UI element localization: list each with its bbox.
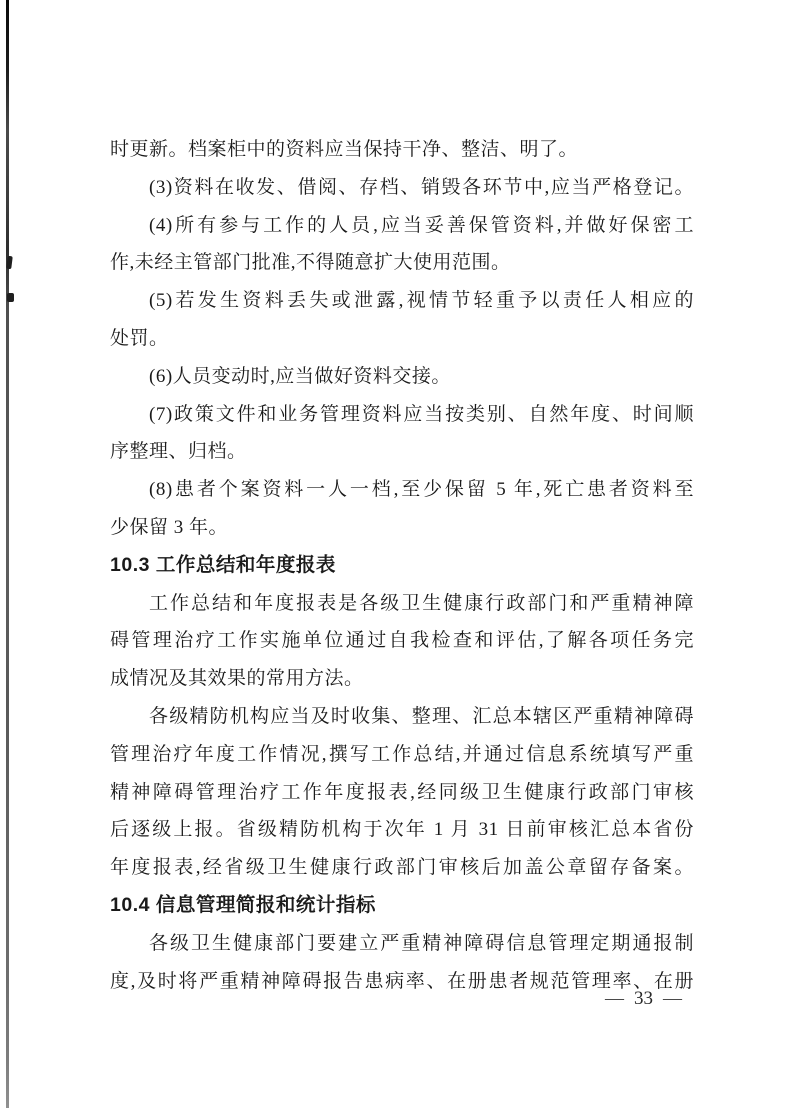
scan-smudge — [7, 293, 14, 302]
text-line: 精神障碍管理治疗工作年度报表,经同级卫生健康行政部门审核 — [110, 774, 694, 812]
page-footer: —33— — [110, 988, 694, 1010]
text-line: 碍管理治疗工作实施单位通过自我检查和评估,了解各项任务完 — [110, 622, 694, 660]
text-line: 序整理、归档。 — [110, 433, 694, 471]
document-page: 时更新。档案柜中的资料应当保持干净、整洁、明了。(3)资料在收发、借阅、存档、销… — [0, 0, 795, 1117]
text-line: 年度报表,经省级卫生健康行政部门审核后加盖公章留存备案。 — [110, 849, 694, 887]
footer-dash-left: — — [605, 988, 624, 1009]
scan-smudge — [6, 256, 13, 270]
text-line: (6)人员变动时,应当做好资料交接。 — [110, 358, 694, 396]
footer-dash-right: — — [663, 988, 682, 1009]
page-number: 33 — [634, 988, 653, 1009]
text-line: 时更新。档案柜中的资料应当保持干净、整洁、明了。 — [110, 131, 694, 169]
text-line: 各级精防机构应当及时收集、整理、汇总本辖区严重精神障碍 — [110, 698, 694, 736]
scan-edge-artifact — [6, 0, 9, 1108]
text-line: 后逐级上报。省级精防机构于次年 1 月 31 日前审核汇总本省份 — [110, 811, 694, 849]
text-line: 各级卫生健康部门要建立严重精神障碍信息管理定期通报制 — [110, 925, 694, 963]
text-line: (7)政策文件和业务管理资料应当按类别、自然年度、时间顺 — [110, 396, 694, 434]
text-line: (4)所有参与工作的人员,应当妥善保管资料,并做好保密工 — [110, 207, 694, 245]
text-line: 少保留 3 年。 — [110, 509, 694, 547]
text-line: (8)患者个案资料一人一档,至少保留 5 年,死亡患者资料至 — [110, 471, 694, 509]
text-line: (3)资料在收发、借阅、存档、销毁各环节中,应当严格登记。 — [110, 169, 694, 207]
section-heading: 10.3 工作总结和年度报表 — [110, 547, 694, 585]
section-heading: 10.4 信息管理简报和统计指标 — [110, 887, 694, 925]
text-block: 时更新。档案柜中的资料应当保持干净、整洁、明了。(3)资料在收发、借阅、存档、销… — [110, 131, 694, 1000]
text-line: (5)若发生资料丢失或泄露,视情节轻重予以责任人相应的 — [110, 282, 694, 320]
text-line: 作,未经主管部门批准,不得随意扩大使用范围。 — [110, 244, 694, 282]
text-line: 处罚。 — [110, 320, 694, 358]
text-line: 管理治疗年度工作情况,撰写工作总结,并通过信息系统填写严重 — [110, 736, 694, 774]
text-line: 成情况及其效果的常用方法。 — [110, 660, 694, 698]
text-line: 工作总结和年度报表是各级卫生健康行政部门和严重精神障 — [110, 585, 694, 623]
